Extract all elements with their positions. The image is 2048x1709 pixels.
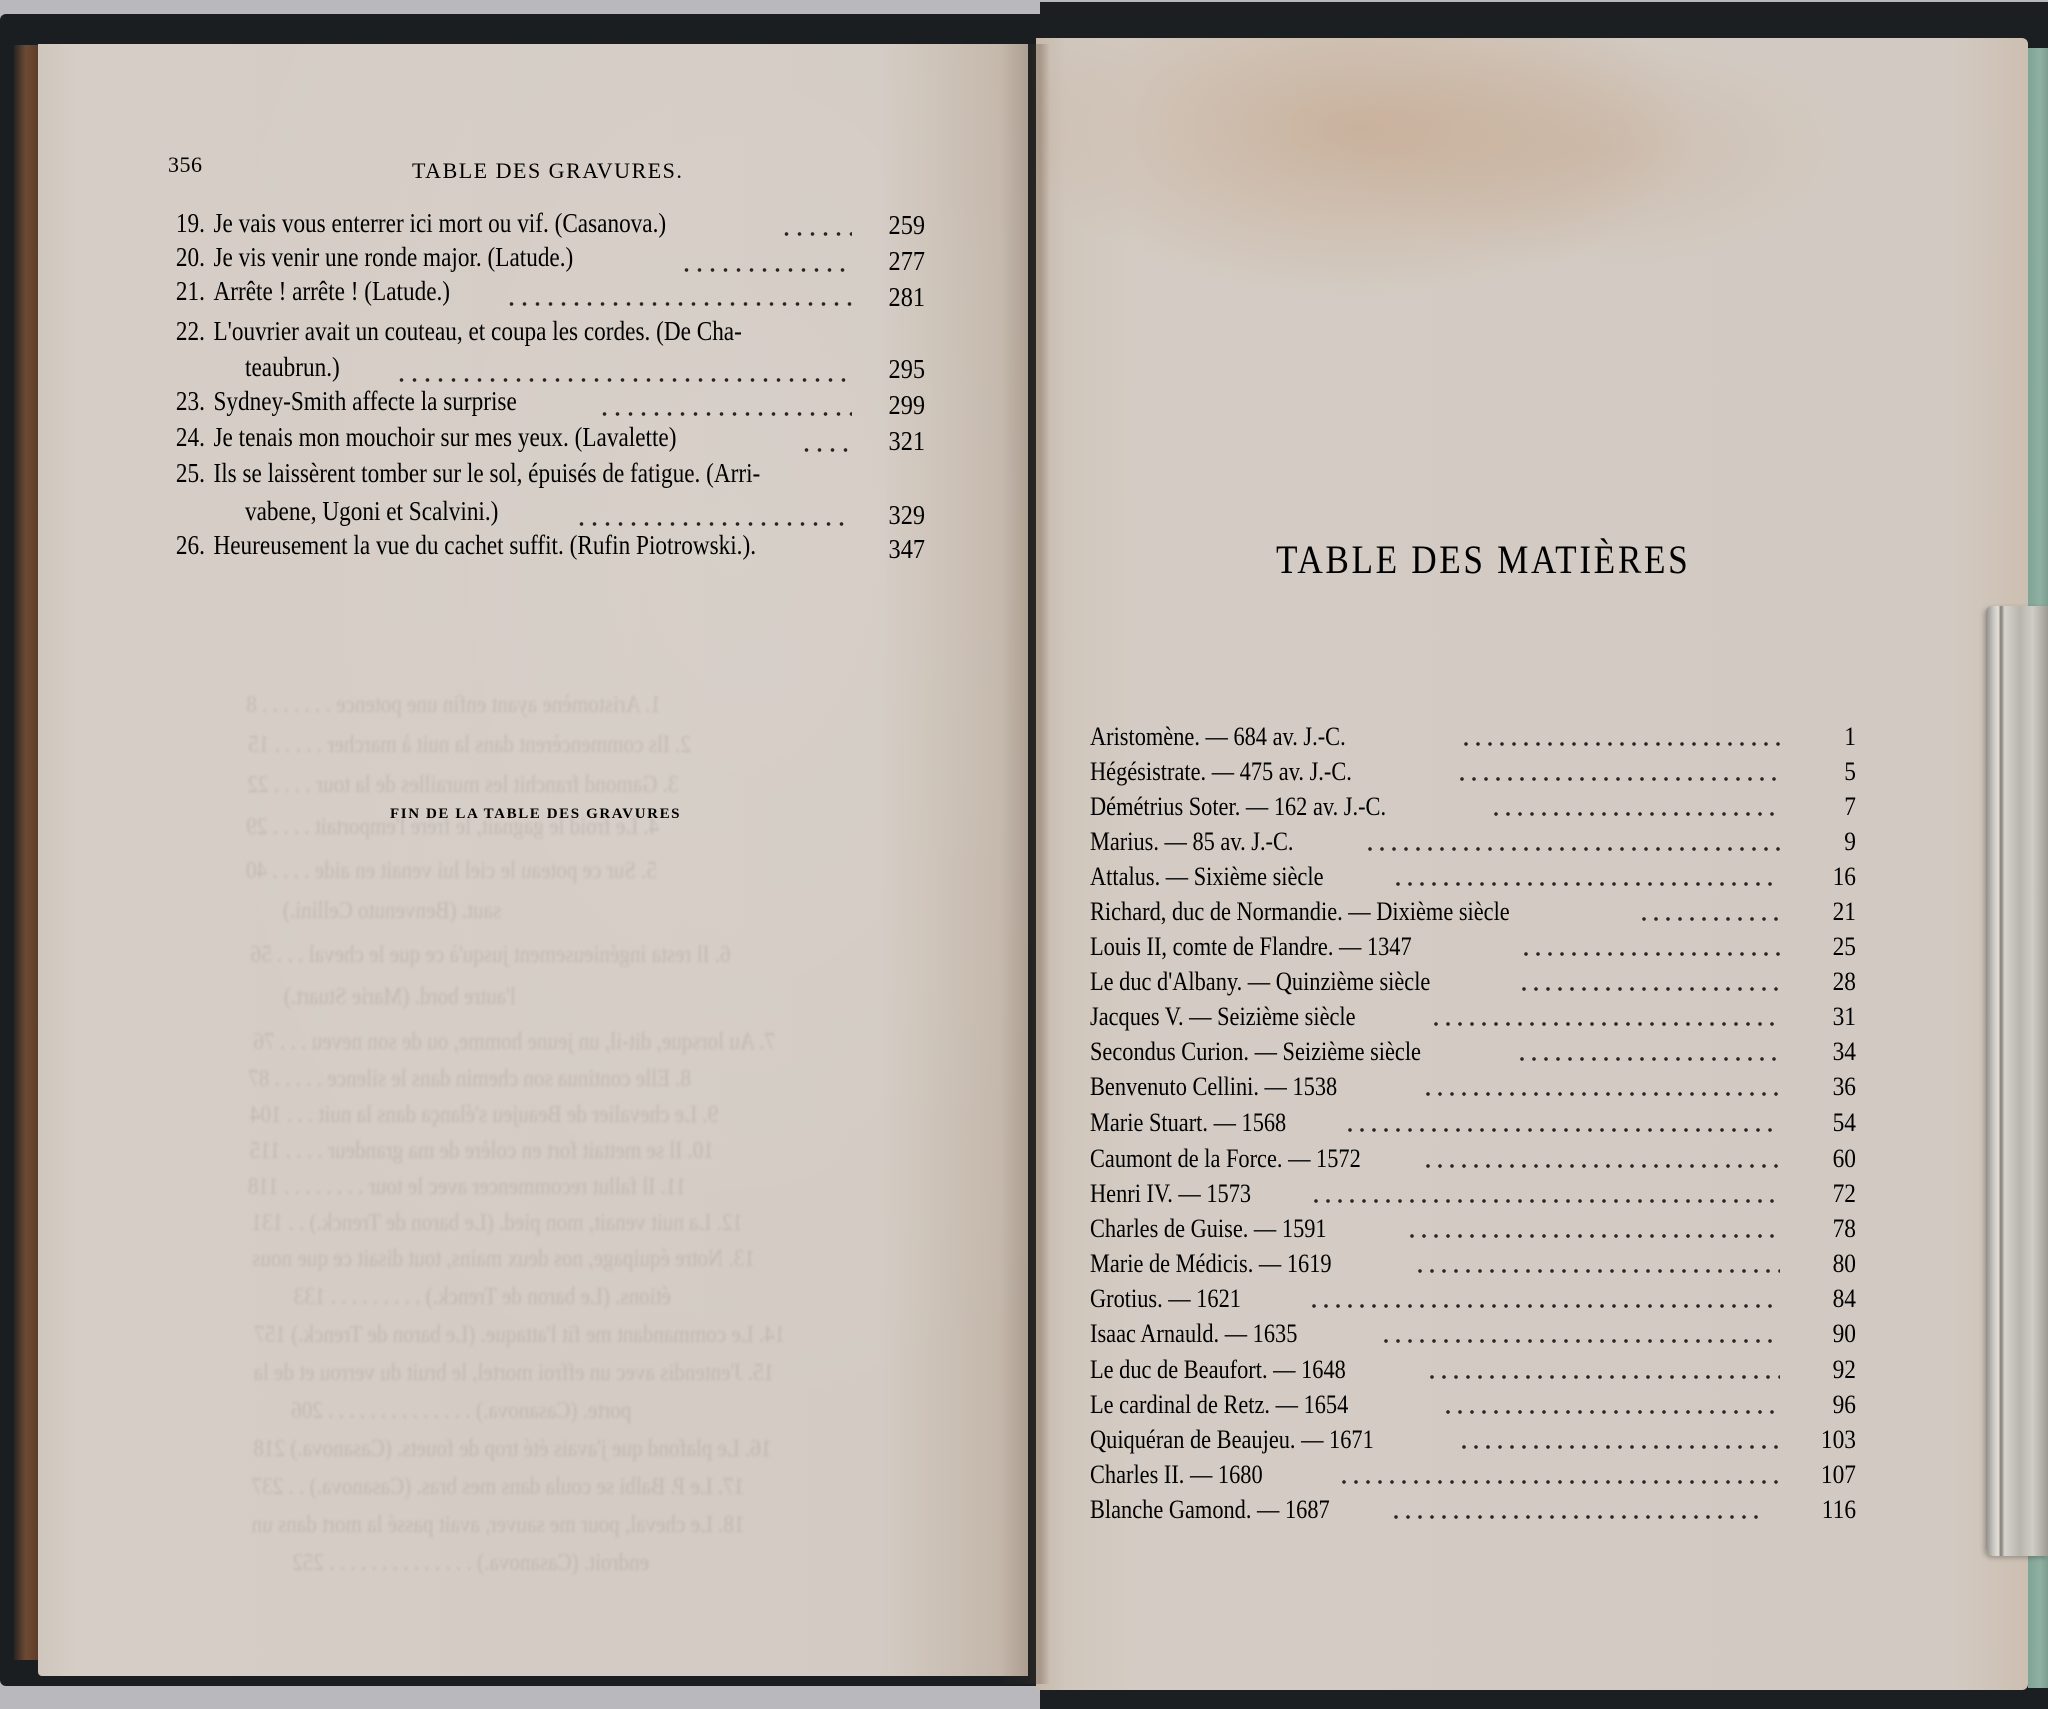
toc-label: Le duc de Beaufort. — 1648	[1090, 1353, 1346, 1387]
engraving-entry: 26.Heureusement la vue du cachet suffit.…	[155, 528, 756, 562]
toc-page: 90	[1833, 1317, 1856, 1351]
entry-page: 295	[853, 354, 925, 385]
dot-leader	[1380, 1339, 1780, 1343]
dot-leader	[1422, 1164, 1780, 1168]
toc-label: Secondus Curion. — Seizième siècle	[1090, 1035, 1421, 1069]
dot-leader	[1456, 777, 1780, 781]
dot-leader	[1338, 1480, 1780, 1484]
toc-row: Jacques V. — Seizième siècle 31	[1090, 1000, 1856, 1034]
engraving-entry: 21.Arrête ! arrête ! (Latude.)	[155, 274, 450, 308]
bleed-through-text: 1. Aristomène ayant enfin une potence . …	[246, 692, 661, 719]
toc-page: 60	[1833, 1142, 1856, 1176]
engraving-entry: 19.Je vais vous enterrer ici mort ou vif…	[155, 206, 666, 240]
toc-page: 16	[1833, 860, 1856, 894]
toc-page: 25	[1833, 930, 1856, 964]
toc-label: Henri IV. — 1573	[1090, 1177, 1251, 1211]
entry-page: 277	[853, 246, 925, 277]
toc-row: Blanche Gamond. — 1687 116	[1090, 1493, 1856, 1527]
toc-row: Démétrius Soter. — 162 av. J.-C. 7	[1090, 790, 1856, 824]
dot-leader	[598, 412, 852, 416]
bleed-through-text: 10. Il se mettait fort en colère de ma g…	[250, 1138, 714, 1165]
entry-caption-continuation: vabene, Ugoni et Scalvini.)	[245, 494, 498, 528]
bleed-through-text: saut. (Benvenuto Cellini.)	[283, 898, 501, 925]
entry-caption: Je vis venir une ronde major. (Latude.)	[213, 242, 573, 272]
page-number: 356	[168, 152, 203, 178]
toc-page: 7	[1844, 790, 1856, 824]
toc-label: Louis II, comte de Flandre. — 1347	[1090, 930, 1412, 964]
toc-label: Marie Stuart. — 1568	[1090, 1106, 1286, 1140]
entry-number: 19.	[155, 206, 205, 240]
toc-row: Marie de Médicis. — 1619 80	[1090, 1247, 1856, 1281]
toc-label: Hégésistrate. — 475 av. J.-C.	[1090, 755, 1352, 789]
toc-page: 1	[1844, 720, 1856, 754]
toc-label: Attalus. — Sixième siècle	[1090, 860, 1324, 894]
toc-label: Blanche Gamond. — 1687	[1090, 1493, 1330, 1527]
book-board-edge	[14, 45, 40, 1660]
entry-page: 259	[853, 210, 925, 241]
dot-leader	[1414, 1269, 1780, 1273]
toc-page: 5	[1844, 755, 1856, 789]
bleed-through-text: 3. Gamond franchit les murailles de la t…	[247, 772, 678, 799]
toc-label: Le cardinal de Retz. — 1654	[1090, 1388, 1348, 1422]
toc-row: Grotius. — 1621 84	[1090, 1282, 1856, 1316]
toc-label: Grotius. — 1621	[1090, 1282, 1241, 1316]
toc-page: 31	[1833, 1000, 1856, 1034]
dot-leader	[1390, 1515, 1766, 1519]
toc-page: 78	[1833, 1212, 1856, 1246]
page-clip-bookmark	[1986, 606, 2048, 1556]
toc-page: 36	[1833, 1070, 1856, 1104]
dot-leader	[575, 522, 852, 526]
entry-caption: Ils se laissèrent tomber sur le sol, épu…	[213, 458, 760, 488]
entry-number: 25.	[155, 456, 205, 490]
toc-row: Benvenuto Cellini. — 1538 36	[1090, 1070, 1856, 1104]
bleed-through-text: 16. Le plafond que j'avais été trop de f…	[253, 1436, 771, 1463]
bleed-through-text: 18. Le cheval, pour me sauver, avait pas…	[252, 1512, 745, 1539]
engraving-entry: 25.Ils se laissèrent tomber sur le sol, …	[155, 456, 760, 490]
entry-number: 26.	[155, 528, 205, 562]
entry-page: 321	[853, 426, 925, 457]
open-book-photo: 1. Aristomène ayant enfin une potence . …	[0, 0, 2048, 1709]
toc-row: Henri IV. — 1573 72	[1090, 1177, 1856, 1211]
toc-row: Le duc d'Albany. — Quinzième siècle 28	[1090, 965, 1856, 999]
toc-label: Marie de Médicis. — 1619	[1090, 1247, 1332, 1281]
dot-leader	[1344, 1128, 1780, 1132]
dot-leader	[1458, 1445, 1780, 1449]
running-head: TABLE DES GRAVURES.	[412, 158, 683, 184]
bleed-through-text: 7. Au lorsque, dit-il, un jeune homme, o…	[254, 1029, 775, 1056]
bleed-through-text: l'autre bord. (Marie Stuart.)	[284, 984, 516, 1011]
toc-page: 54	[1833, 1106, 1856, 1140]
engraving-entry: 22.L'ouvrier avait un couteau, et coupa …	[155, 314, 742, 348]
dot-leader	[1310, 1199, 1780, 1203]
entry-caption: Arrête ! arrête ! (Latude.)	[213, 276, 450, 306]
bleed-through-text: 11. Il fallut recommencer avec le tour .…	[248, 1174, 686, 1201]
engraving-entry: 23.Sydney-Smith affecte la surprise	[155, 384, 517, 418]
toc-page: 107	[1821, 1458, 1856, 1492]
toc-row: Marius. — 85 av. J.-C. 9	[1090, 825, 1856, 859]
toc-row: Charles de Guise. — 1591 78	[1090, 1212, 1856, 1246]
toc-page: 103	[1821, 1423, 1856, 1457]
dot-leader	[1520, 952, 1780, 956]
toc-row: Louis II, comte de Flandre. — 1347 25	[1090, 930, 1856, 964]
toc-label: Benvenuto Cellini. — 1538	[1090, 1070, 1337, 1104]
bleed-through-text: 9. Le chevalier de Beaujeu s'élança dans…	[250, 1102, 718, 1129]
toc-label: Jacques V. — Seizième siècle	[1090, 1000, 1356, 1034]
dot-leader	[1638, 917, 1780, 921]
toc-label: Quiquéran de Beaujeu. — 1671	[1090, 1423, 1374, 1457]
toc-label: Richard, duc de Normandie. — Dixième siè…	[1090, 895, 1510, 929]
toc-row: Aristomène. — 684 av. J.-C. 1	[1090, 720, 1856, 754]
entry-number: 21.	[155, 274, 205, 308]
toc-label: Marius. — 85 av. J.-C.	[1090, 825, 1294, 859]
entry-caption: Je tenais mon mouchoir sur mes yeux. (La…	[213, 422, 676, 452]
dot-leader	[1406, 1234, 1780, 1238]
entry-page: 281	[853, 282, 925, 313]
bleed-through-text: 6. Il resta ingénieusement jusqu'à ce qu…	[251, 942, 731, 969]
bleed-through-text: étions. (Le baron de Trenck.) . . . . . …	[294, 1284, 671, 1311]
dot-leader	[1490, 812, 1780, 816]
toc-row: Caumont de la Force. — 1572 60	[1090, 1142, 1856, 1176]
entry-number: 24.	[155, 420, 205, 454]
toc-label: Démétrius Soter. — 162 av. J.-C.	[1090, 790, 1386, 824]
dot-leader	[1460, 742, 1780, 746]
toc-row: Hégésistrate. — 475 av. J.-C. 5	[1090, 755, 1856, 789]
dot-leader	[1364, 847, 1780, 851]
toc-label: Charles II. — 1680	[1090, 1458, 1263, 1492]
bleed-through-text: 2. Ils commencèrent dans la nuit à march…	[248, 732, 691, 759]
toc-row: Charles II. — 1680 107	[1090, 1458, 1856, 1492]
toc-row: Isaac Arnauld. — 1635 90	[1090, 1317, 1856, 1351]
dot-leader	[395, 378, 852, 382]
engraving-entry: 20.Je vis venir une ronde major. (Latude…	[155, 240, 573, 274]
dot-leader	[1518, 987, 1780, 991]
toc-row: Secondus Curion. — Seizième siècle 34	[1090, 1035, 1856, 1069]
toc-label: Caumont de la Force. — 1572	[1090, 1142, 1361, 1176]
entry-number: 22.	[155, 314, 205, 348]
engraving-entry: 24.Je tenais mon mouchoir sur mes yeux. …	[155, 420, 676, 454]
toc-page: 92	[1833, 1353, 1856, 1387]
bleed-through-text: 13. Notre équipage, nos deux mains, tout…	[252, 1246, 755, 1273]
entry-caption-continuation: teaubrun.)	[245, 350, 340, 384]
toc-page: 116	[1822, 1493, 1856, 1527]
entry-caption: Je vais vous enterrer ici mort ou vif. (…	[213, 208, 666, 238]
toc-label: Charles de Guise. — 1591	[1090, 1212, 1327, 1246]
dot-leader	[1308, 1304, 1780, 1308]
bleed-through-text: 5. Sur ce poteau le ciel lui venait en a…	[246, 858, 657, 885]
toc-page: 28	[1833, 965, 1856, 999]
dot-leader	[800, 448, 852, 452]
entry-caption: Heureusement la vue du cachet suffit. (R…	[213, 530, 756, 560]
toc-page: 9	[1844, 825, 1856, 859]
entry-page: 347	[853, 534, 925, 565]
dot-leader	[780, 232, 852, 236]
entry-caption: Sydney-Smith affecte la surprise	[213, 386, 516, 416]
toc-page: 21	[1833, 895, 1856, 929]
toc-label: Le duc d'Albany. — Quinzième siècle	[1090, 965, 1430, 999]
dot-leader	[1426, 1375, 1780, 1379]
toc-row: Quiquéran de Beaujeu. — 1671 103	[1090, 1423, 1856, 1457]
bleed-through-text: porte. (Casanova.) . . . . . . . . . . .…	[291, 1398, 631, 1425]
entry-page: 299	[853, 390, 925, 421]
entry-number: 23.	[155, 384, 205, 418]
toc-row: Attalus. — Sixième siècle 16	[1090, 860, 1856, 894]
bleed-through-text: 12. La nuit venait, mon pied. (Le baron …	[252, 1210, 744, 1237]
toc-row: Le duc de Beaufort. — 1648 92	[1090, 1353, 1856, 1387]
dot-leader	[1392, 882, 1780, 886]
dot-leader	[1516, 1057, 1780, 1061]
toc-row: Le cardinal de Retz. — 1654 96	[1090, 1388, 1856, 1422]
dot-leader	[505, 302, 852, 306]
bleed-through-text: 14. Le commandant me fit l'attaque. (Le …	[254, 1322, 785, 1349]
toc-label: Isaac Arnauld. — 1635	[1090, 1317, 1297, 1351]
toc-row: Marie Stuart. — 1568 54	[1090, 1106, 1856, 1140]
bleed-through-text: endroit. (Casanova.) . . . . . . . . . .…	[292, 1550, 649, 1577]
bleed-through-text: 8. Elle continua son chemin dans le sile…	[248, 1066, 691, 1093]
entry-page: 329	[853, 500, 925, 531]
dot-leader	[1430, 1022, 1780, 1026]
dot-leader	[680, 268, 852, 272]
dot-leader	[1422, 1092, 1780, 1096]
toc-row: Richard, duc de Normandie. — Dixième siè…	[1090, 895, 1856, 929]
end-of-table-note: FIN DE LA TABLE DES GRAVURES	[390, 806, 681, 823]
toc-label: Aristomène. — 684 av. J.-C.	[1090, 720, 1346, 754]
dot-leader	[1442, 1410, 1780, 1414]
entry-caption: L'ouvrier avait un couteau, et coupa les…	[213, 316, 741, 346]
toc-page: 96	[1833, 1388, 1856, 1422]
toc-page: 72	[1833, 1177, 1856, 1211]
toc-page: 84	[1833, 1282, 1856, 1316]
toc-page: 80	[1833, 1247, 1856, 1281]
entry-number: 20.	[155, 240, 205, 274]
toc-page: 34	[1833, 1035, 1856, 1069]
bleed-through-text: 17. Le P. Balbi se coula dans mes bras. …	[252, 1474, 745, 1501]
bleed-through-text: 15. J'entendis avec un effroi mortel, le…	[254, 1360, 775, 1387]
contents-title: TABLE DES MATIÈRES	[1276, 536, 1690, 583]
